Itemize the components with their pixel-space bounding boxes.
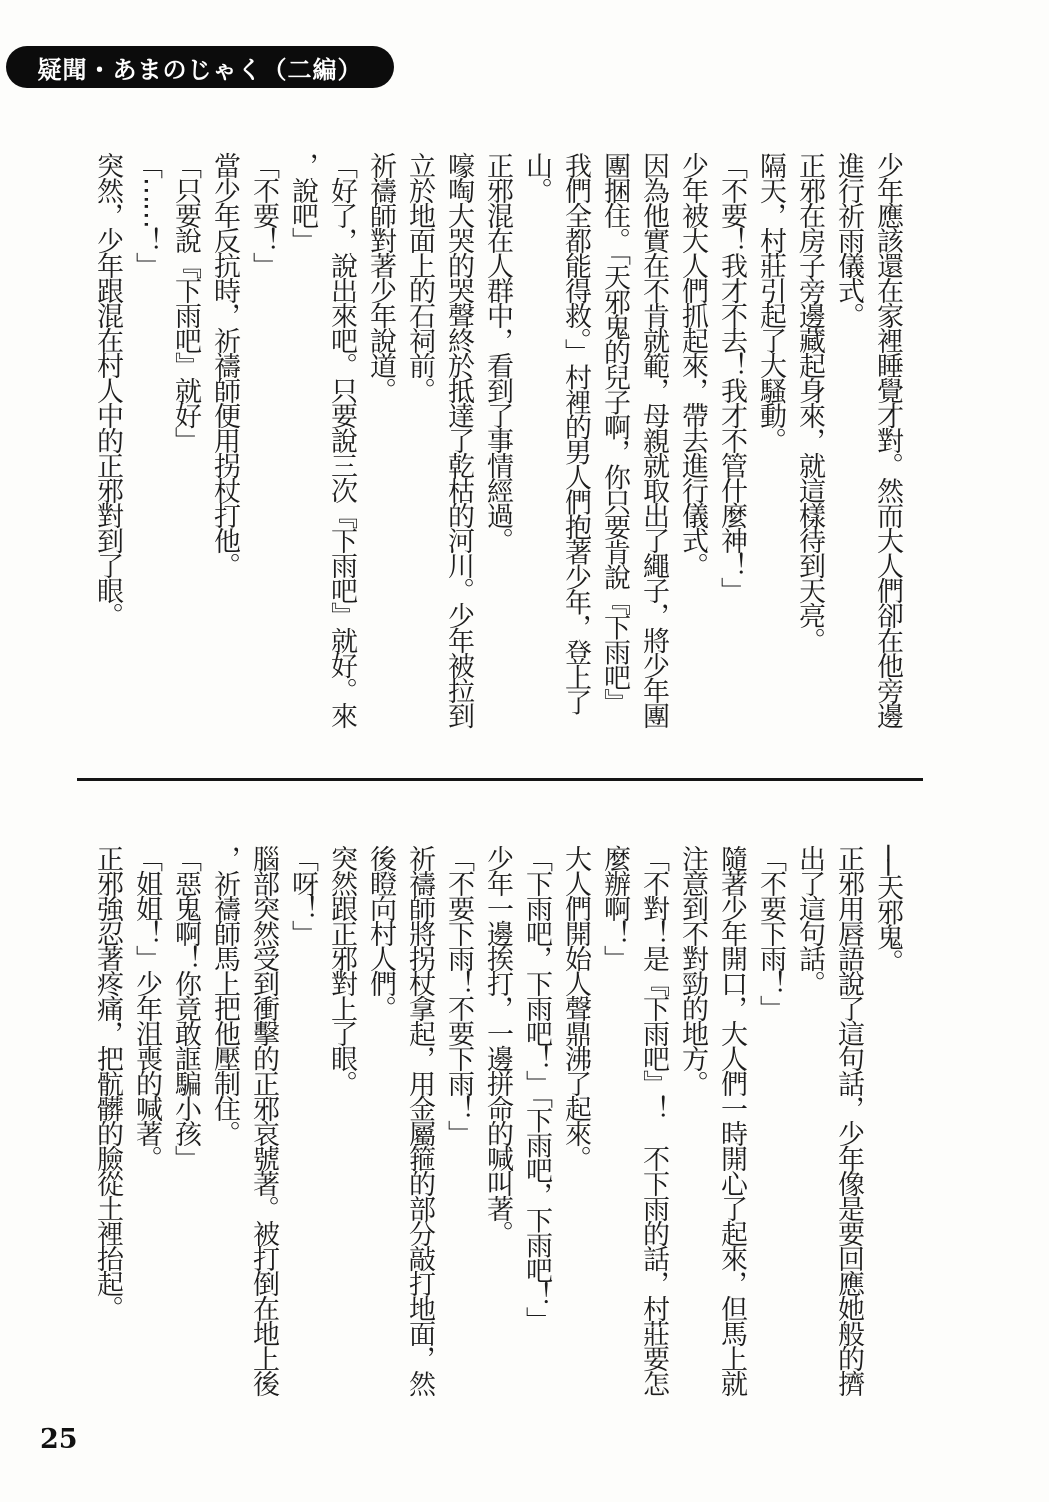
text-line: 「呀！」 [283, 845, 322, 1415]
text-line: 我們全都能得救。」村裡的男人們抱著少年，登上了 [556, 152, 595, 744]
text-line: 「姐姐！」少年沮喪的喊著。 [127, 845, 166, 1415]
text-line: 祈禱師將拐杖拿起，用金屬箍的部分敲打地面，然 [400, 845, 439, 1415]
text-line: 進行祈雨儀式。 [829, 152, 868, 744]
text-line: 當少年反抗時，祈禱師便用拐杖打他。 [205, 152, 244, 744]
text-line: 大人們開始人聲鼎沸了起來。 [556, 845, 595, 1415]
section-divider [77, 778, 923, 781]
text-line: 正邪混在人群中，看到了事情經過。 [478, 152, 517, 744]
text-line: 「不要下雨！」 [751, 845, 790, 1415]
text-line: 「只要說『下雨吧』就好」 [166, 152, 205, 744]
text-line: 出了這句話。 [790, 845, 829, 1415]
text-line: 麼辦啊！」 [595, 845, 634, 1415]
text-line: ──天邪鬼。 [868, 845, 907, 1415]
text-line: 祈禱師對著少年說道。 [361, 152, 400, 744]
text-line: 突然，少年跟混在村人中的正邪對到了眼。 [88, 152, 127, 744]
text-line: 「下雨吧，下雨吧！」「下雨吧，下雨吧！」 [517, 845, 556, 1415]
story-text-block-top: 少年應該還在家裡睡覺才對。然而大人們卻在他旁邊進行祈雨儀式。正邪在房子旁邊藏起身… [88, 152, 907, 744]
chapter-title-text: 疑聞・あまのじゃく（二編） [38, 50, 363, 85]
text-line: 隨著少年開口，大人們一時開心了起來，但馬上就 [712, 845, 751, 1415]
text-line: 「惡鬼啊！你竟敢誆騙小孩」 [166, 845, 205, 1415]
text-line: 因為他實在不肯就範，母親就取出了繩子，將少年團 [634, 152, 673, 744]
text-line: 突然跟正邪對上了眼。 [322, 845, 361, 1415]
text-line: 少年應該還在家裡睡覺才對。然而大人們卻在他旁邊 [868, 152, 907, 744]
text-line: 立於地面上的石祠前。 [400, 152, 439, 744]
text-line: 「不要！」 [244, 152, 283, 744]
text-line: 嚎啕大哭的哭聲終於抵達了乾枯的河川。少年被拉到 [439, 152, 478, 744]
text-line: 少年一邊挨打，一邊拼命的喊叫著。 [478, 845, 517, 1415]
text-line: 山。 [517, 152, 556, 744]
text-line: 「好了，說出來吧。只要說三次『下雨吧』就好。來 [322, 152, 361, 744]
text-line: 腦部突然受到衝擊的正邪哀號著。被打倒在地上後 [244, 845, 283, 1415]
text-line: ，祈禱師馬上把他壓制住。 [205, 845, 244, 1415]
text-line: 隔天，村莊引起了大騷動。 [751, 152, 790, 744]
text-line: 少年被大人們抓起來，帶去進行儀式。 [673, 152, 712, 744]
chapter-title-badge: 疑聞・あまのじゃく（二編） [6, 46, 394, 88]
text-line: 團捆住。「天邪鬼的兒子啊，你只要肯說『下雨吧』 [595, 152, 634, 744]
text-line: 正邪在房子旁邊藏起身來，就這樣待到天亮。 [790, 152, 829, 744]
text-line: 「不對！是『下雨吧』！ 不下雨的話，村莊要怎 [634, 845, 673, 1415]
text-line: 正邪強忍著疼痛，把骯髒的臉從土裡抬起。 [88, 845, 127, 1415]
story-text-block-bottom: ──天邪鬼。正邪用唇語說了這句話，少年像是要回應她般的擠出了這句話。「不要下雨！… [88, 845, 907, 1415]
text-line: 「不要下雨！不要下雨！」 [439, 845, 478, 1415]
scanned-novel-page: 疑聞・あまのじゃく（二編） 少年應該還在家裡睡覺才對。然而大人們卻在他旁邊進行祈… [0, 0, 1049, 1502]
text-line: 「⋯⋯！」 [127, 152, 166, 744]
text-line: ，說吧」 [283, 152, 322, 744]
text-line: 後瞪向村人們。 [361, 845, 400, 1415]
page-number: 25 [40, 1424, 78, 1455]
text-line: 正邪用唇語說了這句話，少年像是要回應她般的擠 [829, 845, 868, 1415]
text-line: 注意到不對勁的地方。 [673, 845, 712, 1415]
text-line: 「不要！我才不去！我才不管什麼神！」 [712, 152, 751, 744]
